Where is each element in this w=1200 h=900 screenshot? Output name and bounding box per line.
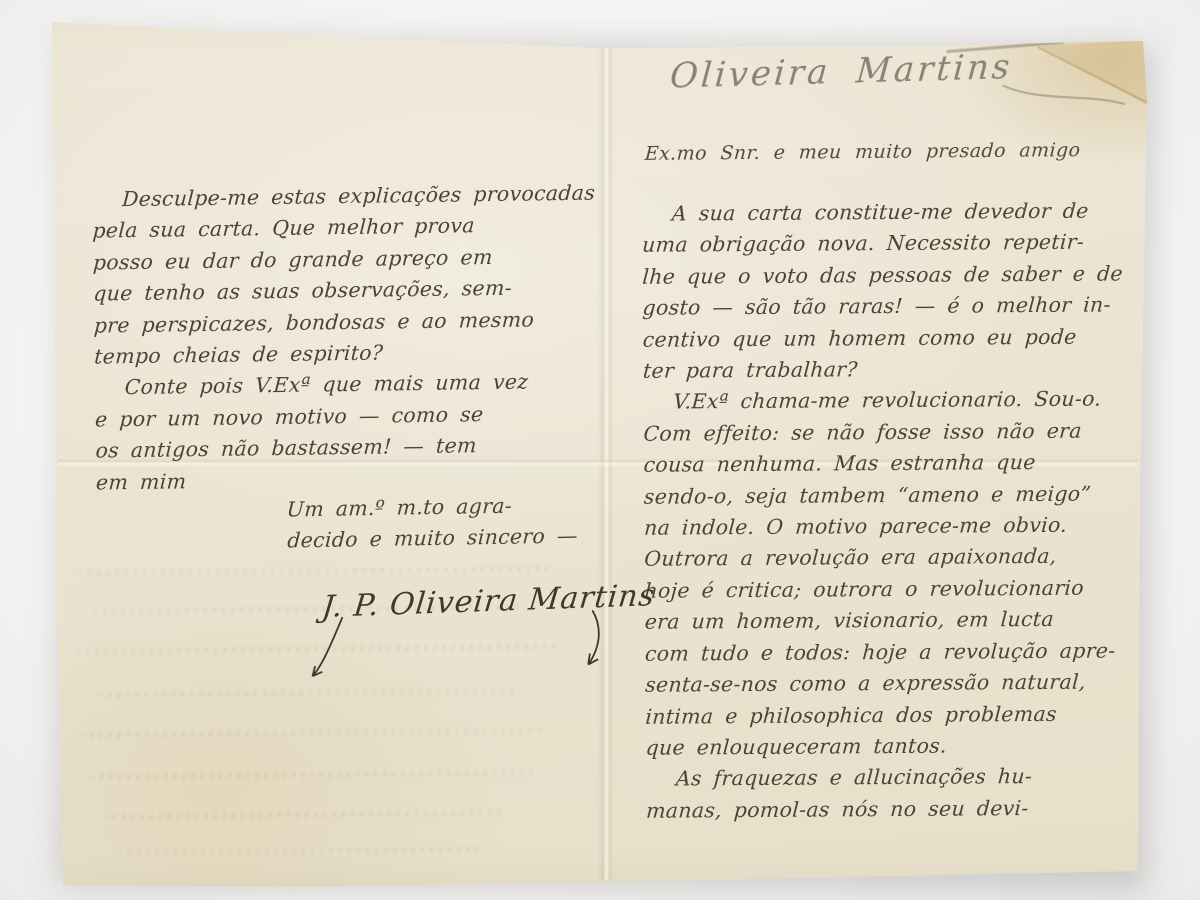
letter-line: hoje é critica; outrora o revolucionario <box>644 572 1146 607</box>
letter-line: intima e philosophica dos problemas <box>644 698 1146 733</box>
letter-line: Com effeito: se não fosse isso não era <box>642 415 1144 450</box>
letter-line: que enlouqueceram tantos. <box>645 729 1147 764</box>
ink-bleedthrough <box>82 728 547 739</box>
letter-line: manas, pomol-as nós no seu devi- <box>645 792 1147 827</box>
salutation-line: Ex.mo Snr. e meu muito presado amigo <box>644 139 1081 165</box>
signature-flourish <box>302 603 634 684</box>
left-page-body: Desculpe-me estas explicações provocadas… <box>92 177 606 498</box>
closing-formula: Um am.º m.to agra- decido e muito sincer… <box>286 489 578 557</box>
letter-line: gosto — são tão raras! — é o melhor in- <box>642 289 1144 324</box>
letter-line: sendo-o, seja tambem “ameno e meigo” <box>643 478 1145 513</box>
pencil-annotation: Oliveira Martins <box>670 47 1013 97</box>
ink-bleedthrough <box>100 688 520 698</box>
closing-line: decido e muito sincero — <box>286 521 578 558</box>
letter-line: com tudo e todos: hoje a revolução apre- <box>644 635 1146 670</box>
letter-line: Outrora a revolução era apaixonada, <box>643 541 1145 576</box>
letter-line: centivo que um homem como eu pode <box>642 321 1144 356</box>
letter-line: na indole. O motivo parece-me obvio. <box>643 509 1145 544</box>
ink-bleedthrough <box>80 566 550 577</box>
pencil-annotation-text: Oliveira Martins <box>669 47 1014 97</box>
letter-line: A sua carta constitue-me devedor de <box>641 195 1143 230</box>
ink-bleedthrough <box>105 810 505 820</box>
ink-bleedthrough <box>92 770 532 781</box>
letter-photograph: Oliveira Martins Ex.mo Snr. e meu muito … <box>0 0 1200 900</box>
right-page-body: A sua carta constitue-me devedor de uma … <box>642 195 1146 827</box>
pencil-flourish <box>1000 74 1131 118</box>
letter-line: ter para trabalhar? <box>642 352 1144 387</box>
letter-line: uma obrigação nova. Necessito repetir- <box>641 227 1143 262</box>
letter-line: era um homem, visionario, em lucta <box>644 604 1146 639</box>
letter-line: cousa nenhuma. Mas estranha que <box>643 446 1145 481</box>
letter-line: As fraquezas e allucinações hu- <box>645 761 1147 796</box>
letter-sheet: Oliveira Martins Ex.mo Snr. e meu muito … <box>0 0 1200 900</box>
ink-bleedthrough <box>120 846 480 856</box>
signature: J. P. Oliveira Martins <box>321 578 655 625</box>
letter-line: V.Exª chama-me revolucionario. Sou-o. <box>642 384 1144 419</box>
letter-line: lhe que o voto das pessoas de saber e de <box>641 258 1143 293</box>
letter-line: senta-se-nos como a expressão natural, <box>644 666 1146 701</box>
